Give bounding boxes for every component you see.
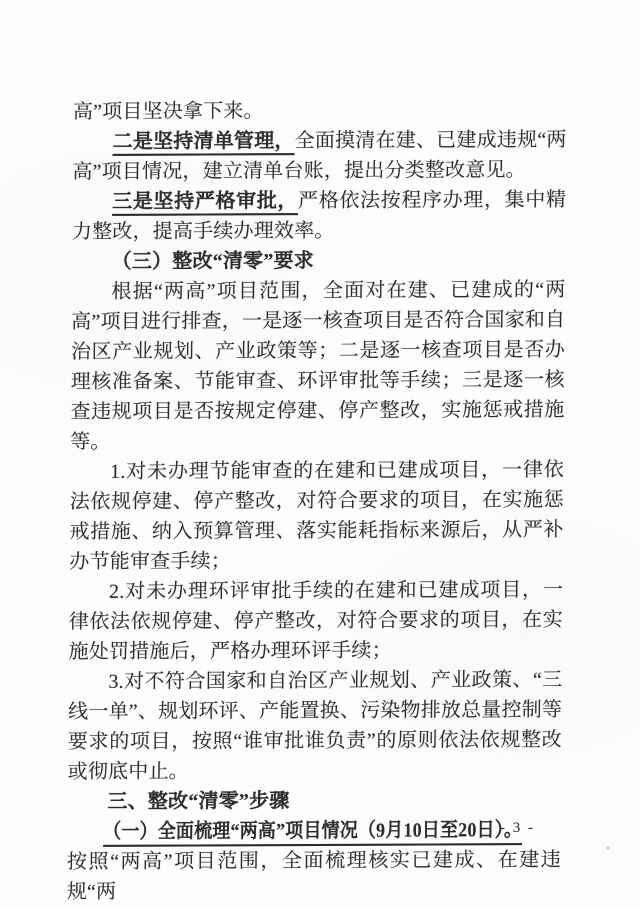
emphasis-underlined-list-management: 二是坚持清单管理， — [113, 130, 295, 153]
paragraph-point-two: 二是坚持清单管理，全面摸清在建、已建成违规“两高”项目情况，建立清单台账，提出分… — [72, 125, 566, 187]
paragraph-item-2-eia-approval: 2.对未办理环评审批手续的在建和已建成项目，一律依法依规停建、停产整改，对符合要… — [69, 575, 564, 667]
paragraph-item-1-energy-review: 1.对未办理节能审查的在建和已建成项目，一律依法依规停建、停产整改，对符合要求的… — [69, 455, 564, 577]
paragraph-continuation-top: 高”项目坚决拿下来。 — [73, 95, 567, 127]
scanned-document-page: 高”项目坚决拿下来。 二是坚持清单管理，全面摸清在建、已建成违规“两高”项目情况… — [0, 0, 640, 908]
section-heading-steps: 三、整改“清零”步骤 — [67, 785, 561, 817]
document-body: 高”项目坚决拿下来。 二是坚持清单管理，全面摸清在建、已建成违规“两高”项目情况… — [67, 95, 567, 907]
page-number: - 3 - — [500, 820, 535, 837]
emphasis-underlined-strict-approval: 三是坚持严格审批， — [112, 190, 298, 213]
section-heading-rectify-requirements: （三）整改“清零”要求 — [72, 245, 566, 277]
paragraph-item-3-noncompliant-projects: 3.对不符合国家和自治区产业规划、产业政策、“三线一单”、规划环评、产能置换、污… — [68, 665, 563, 787]
paragraph-step-one: （一）全面梳理“两高”项目情况（9月10日至20日）。按照“两高”项目范围，全面… — [67, 815, 562, 907]
paragraph-scope-checks: 根据“两高”项目范围，全面对在建、已建成的“两高”项目进行排查，一是逐一核查项目… — [70, 275, 565, 457]
step-one-title-underlined: （一）全面梳理“两高”项目情况（9月10日至20日）。 — [67, 815, 512, 847]
step-one-continuation: 按照“两高”项目范围，全面梳理核实已建成、在建违规“两 — [67, 845, 561, 907]
paragraph-point-three: 三是坚持严格审批，严格依法按程序办理，集中精力整改，提高手续办理效率。 — [72, 185, 566, 247]
